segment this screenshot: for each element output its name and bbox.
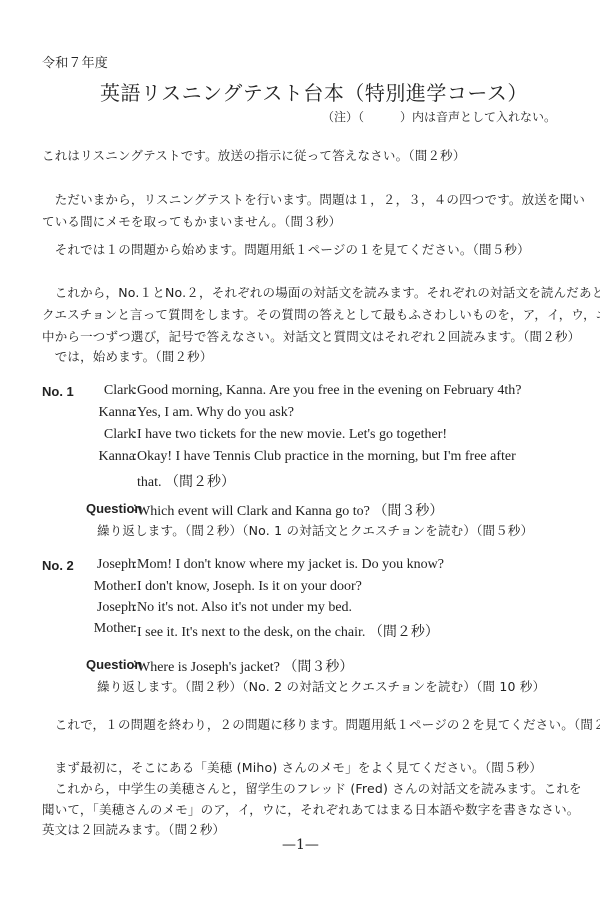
dialogue-line: Yes, I am. Why do you ask? <box>137 405 294 421</box>
dialogue-line: I see it. It's next to the desk, on the … <box>137 621 439 641</box>
instructions-line-3: 中から一つずつ選び，記号で答えなさい。対話文と質問文はそれぞれ２回読みます。（間… <box>42 327 580 345</box>
section2-paragraph-2-line-3: 英文は２回読みます。（間２秒） <box>42 820 225 838</box>
repeat-instruction: 繰り返します。（間２秒）（No. 2 の対話文とクエスチョンを読む）（間 10 … <box>97 677 545 695</box>
speaker-name: Joseph <box>40 600 135 616</box>
dialogue-line: Mom! I don't know where my jacket is. Do… <box>137 557 444 573</box>
repeat-instruction: 繰り返します。（間２秒）（No. 1 の対話文とクエスチョンを読む）（間５秒） <box>97 521 533 539</box>
instructions-line-4: では，始めます。（間２秒） <box>42 347 213 365</box>
dialogue-line: Okay! I have Tennis Club practice in the… <box>137 449 516 465</box>
speaker-name: Clark <box>40 427 135 443</box>
instructions-line-1: これから，No.１とNo.２，それぞれの場面の対話文を読みます。それぞれの対話文… <box>42 283 600 301</box>
intro-paragraph-3: それでは１の問題から始めます。問題用紙１ページの１を見てください。（間５秒） <box>42 240 530 258</box>
intro-paragraph-1: これはリスニングテストです。放送の指示に従って答えなさい。（間２秒） <box>42 146 466 164</box>
speaker-name: Clark <box>40 383 135 399</box>
speaker-name: Mother <box>40 579 135 595</box>
section2-paragraph-2-line-1: これから，中学生の美穂さんと，留学生のフレッド (Fred) さんの対話文を読み… <box>42 779 582 797</box>
section-transition: これで，１の問題を終わり，２の問題に移ります。問題用紙１ページの２を見てください… <box>42 715 600 733</box>
speaker-name: Kanna <box>40 449 135 465</box>
speaker-name: Joseph <box>40 557 135 573</box>
section2-paragraph-2-line-2: 聞いて，「美穂さんのメモ」のア，イ，ウに，それぞれあてはまる日本語や数字を書きな… <box>42 800 579 818</box>
speaker-name: Mother <box>40 621 135 637</box>
intro-paragraph-2-line-1: ただいまから，リスニングテストを行います。問題は１，２，３，４の四つです。放送を… <box>42 190 585 208</box>
dialogue-line: I have two tickets for the new movie. Le… <box>137 427 447 443</box>
intro-paragraph-2-line-2: ている間にメモを取ってもかまいません。（間３秒） <box>42 212 341 230</box>
fiscal-year: 令和７年度 <box>42 52 108 71</box>
question-text: Which event will Clark and Kanna go to? … <box>137 500 443 520</box>
instructions-line-2: クエスチョンと言って質問をします。その質問の答えとして最もふさわしいものを，ア，… <box>42 305 600 323</box>
section2-paragraph-1: まず最初に，そこにある「美穂 (Miho) さんのメモ」をよく見てください。（間… <box>42 758 542 776</box>
dialogue-line: I don't know, Joseph. Is it on your door… <box>137 579 362 595</box>
page-number: —1— <box>282 837 319 853</box>
question-text: Where is Joseph's jacket? （間３秒） <box>137 656 353 676</box>
page-title: 英語リスニングテスト台本（特別進学コース） <box>100 77 528 106</box>
dialogue-line: No it's not. Also it's not under my bed. <box>137 600 352 616</box>
speaker-name: Kanna <box>40 405 135 421</box>
title-note: （注）（ ）内は音声として入れない。 <box>322 108 556 125</box>
dialogue-line: Good morning, Kanna. Are you free in the… <box>137 383 522 399</box>
dialogue-line-continuation: that. （間２秒） <box>137 471 235 491</box>
